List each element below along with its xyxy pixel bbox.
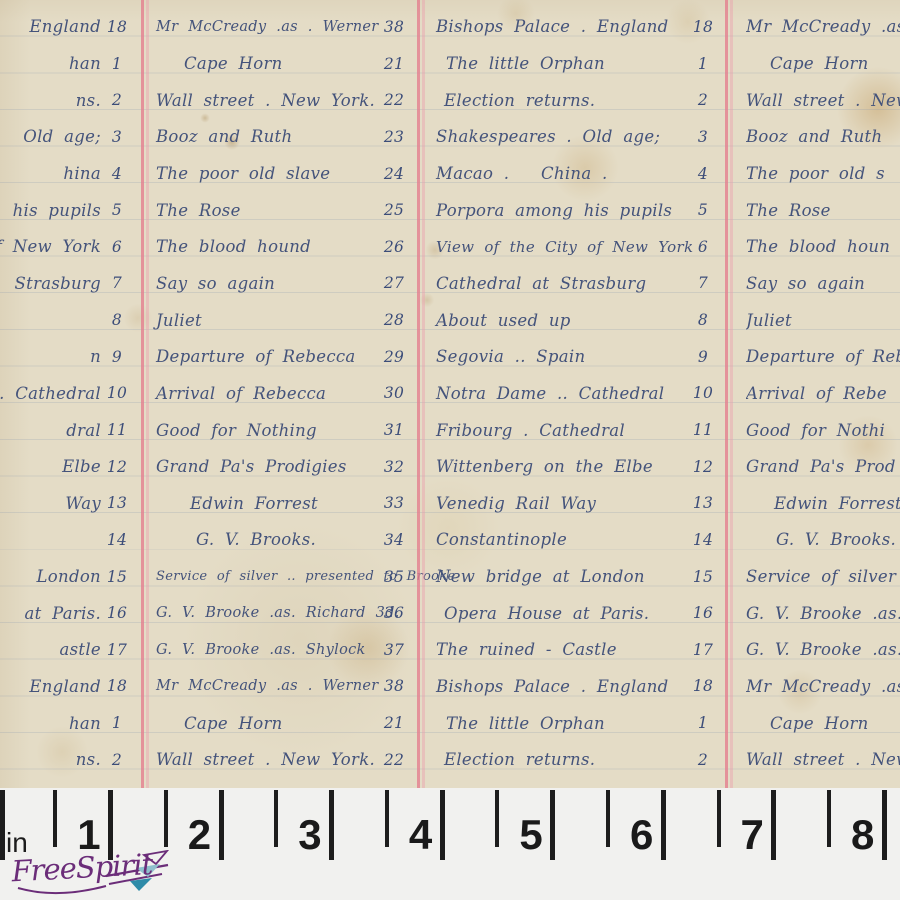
ledger-col1-title-fragment: ns. <box>0 741 101 778</box>
ledger-col4-title-fragment: Wall street . New <box>746 82 900 119</box>
ledger-col2-number: 26 <box>376 228 412 265</box>
ledger-col1-title-fragment: Way <box>0 485 101 522</box>
ledger-col3-number: 1 <box>686 45 720 82</box>
ledger-col1-title-fragment <box>0 522 101 559</box>
column-rule-line <box>141 0 144 788</box>
ledger-col3-title: Election returns. <box>436 82 696 119</box>
ledger-col3-number: 13 <box>686 485 720 522</box>
ledger-row: England18Mr McCready .as . Werner38Bisho… <box>0 668 900 705</box>
ledger-col4-title-fragment: Departure of Rebe <box>746 338 900 375</box>
ledger-col2-title: Mr McCready .as . Werner <box>156 668 380 705</box>
ledger-col3-title: Shakespeares . Old age; <box>436 119 688 156</box>
ledger-col3-title: Bishops Palace . England <box>436 668 688 705</box>
column-rule-line <box>725 0 728 788</box>
ledger-col1-number: 14 <box>101 522 133 559</box>
ledger-col1-number: 18 <box>101 9 133 46</box>
ledger-col3-number: 14 <box>686 522 720 559</box>
ledger-col2-title: Mr McCready .as . Werner <box>156 9 380 46</box>
ledger-col2-title: Departure of Rebecca <box>156 338 380 375</box>
ruler-inch-tick <box>108 790 113 860</box>
ledger-col4-title-fragment: G. V. Brooke .as. S <box>746 632 900 669</box>
ledger-col1-number: 5 <box>101 192 133 229</box>
ledger-col2-number: 28 <box>376 302 412 339</box>
ledger-col1-number: 1 <box>101 705 133 742</box>
ledger-col4-title-fragment: Booz and Ruth <box>746 119 900 156</box>
ledger-col3-title: The little Orphan <box>436 45 698 82</box>
ledger-col2-number: 21 <box>376 45 412 82</box>
ledger-col1-number: 15 <box>101 558 133 595</box>
ledger-col1-title-fragment: hina <box>0 155 101 192</box>
ledger-col3-title: Segovia .. Spain <box>436 338 688 375</box>
ledger-col2-number: 38 <box>376 668 412 705</box>
ledger-row: n9Departure of Rebecca29Segovia .. Spain… <box>0 338 900 375</box>
ruler-inch-tick <box>661 790 666 860</box>
ruler-inch-tick <box>550 790 555 860</box>
ruler-number: 4 <box>388 814 432 856</box>
ledger-col2-number: 30 <box>376 375 412 412</box>
ledger-col2-title: G. V. Brooke .as. Shylock <box>156 632 380 669</box>
ledger-col2-number: 38 <box>376 9 412 46</box>
ledger-col3-title: About used up <box>436 302 688 339</box>
ledger-col3-number: 5 <box>686 192 720 229</box>
ledger-col1-number: 3 <box>101 119 133 156</box>
ruler-number: 1 <box>57 814 101 856</box>
ledger-col3-title: Opera House at Paris. <box>436 595 696 632</box>
ruler-number: 2 <box>167 814 211 856</box>
ledger-col2-title: G. V. Brooke .as. Shylock <box>156 0 380 9</box>
ledger-col1-number: 8 <box>101 302 133 339</box>
ledger-row: ns.2Wall street . New York.22Election re… <box>0 741 900 778</box>
ledger-col1-number: 7 <box>101 265 133 302</box>
ledger-col1-number: 17 <box>101 632 133 669</box>
ledger-col1-number: 10 <box>101 375 133 412</box>
ledger-row: astle17G. V. Brooke .as. Shylock37The ru… <box>0 632 900 669</box>
ledger-col1-title-fragment: England <box>0 668 101 705</box>
ledger-col3-number: 3 <box>686 119 720 156</box>
ledger-col4-title-fragment: The Rose <box>746 192 900 229</box>
ledger-col1-title-fragment: dral <box>0 412 101 449</box>
ledger-col1-number: 1 <box>101 45 133 82</box>
ledger-col4-title-fragment: Mr McCready .as . W <box>746 9 900 46</box>
ledger-col1-number: 12 <box>101 448 133 485</box>
ledger-col3-title: View of the City of New York <box>436 228 688 265</box>
ledger-col2-title: Cape Horn <box>156 705 408 742</box>
ledger-col2-title: Cape Horn <box>156 45 408 82</box>
ledger-col1-number: 17 <box>101 0 133 9</box>
ledger-col2-title: The Rose <box>156 192 380 229</box>
ledger-col3-title: Venedig Rail Way <box>436 485 688 522</box>
ledger-col1-title-fragment: han <box>0 705 101 742</box>
ledger-col4-title-fragment: Service of silver .. presente <box>746 558 900 595</box>
ledger-col3-title: Fribourg . Cathedral <box>436 412 688 449</box>
ledger-row: his pupils5The Rose25Porpora among his p… <box>0 192 900 229</box>
ruler-inch-tick <box>440 790 445 860</box>
ledger-col2-number: 33 <box>376 485 412 522</box>
ledger-col3-number: 2 <box>686 82 720 119</box>
ledger-fabric-print: astle17G. V. Brooke .as. Shylock37The ru… <box>0 0 900 788</box>
ledger-col2-title: Grand Pa's Prodigies <box>156 448 380 485</box>
ledger-col2-title: The poor old slave <box>156 155 380 192</box>
ledger-col4-title-fragment: Good for Nothi <box>746 412 900 449</box>
ledger-col3-number: 7 <box>686 265 720 302</box>
ledger-col3-title: Porpora among his pupils <box>436 192 688 229</box>
ledger-col1-title-fragment: his pupils <box>0 192 101 229</box>
ledger-col3-number: 12 <box>686 448 720 485</box>
ledger-rows: astle17G. V. Brooke .as. Shylock37The ru… <box>0 0 900 788</box>
ledger-col2-number: 22 <box>376 82 412 119</box>
ledger-row: England18Mr McCready .as . Werner38Bisho… <box>0 9 900 46</box>
ledger-col2-number: 24 <box>376 155 412 192</box>
ledger-col2-number: 31 <box>376 412 412 449</box>
ledger-col3-number: 2 <box>686 741 720 778</box>
ledger-col1-number: 16 <box>101 595 133 632</box>
ledger-col2-number: 36 <box>376 595 412 632</box>
inch-ruler: in FreeSpirit 12345678 <box>0 788 900 900</box>
ledger-col3-title: Bishops Palace . England <box>436 9 688 46</box>
ledger-col1-title-fragment: Strasburg <box>0 265 101 302</box>
ledger-col1-number: 18 <box>101 668 133 705</box>
ledger-col1-title-fragment: astle <box>0 0 101 9</box>
ledger-col3-title: New bridge at London <box>436 558 688 595</box>
ledger-col1-title-fragment: y of New York <box>0 228 101 265</box>
ledger-col2-title: Juliet <box>156 302 380 339</box>
fabric-swatch-image: astle17G. V. Brooke .as. Shylock37The ru… <box>0 0 900 900</box>
ledger-col1-title-fragment: Elbe <box>0 448 101 485</box>
ruler-inch-tick <box>219 790 224 860</box>
ledger-col1-number: 4 <box>101 155 133 192</box>
ledger-row: ns.2Wall street . New York.22Election re… <box>0 82 900 119</box>
ledger-col1-title-fragment: England <box>0 9 101 46</box>
ledger-col1-title-fragment: ns. <box>0 82 101 119</box>
ledger-col2-number: 32 <box>376 448 412 485</box>
ledger-row: Strasburg7Say so again27Cathedral at Str… <box>0 265 900 302</box>
ledger-col3-number: 11 <box>686 412 720 449</box>
ledger-col3-title: Wittenberg on the Elbe <box>436 448 688 485</box>
ledger-col1-title-fragment: n <box>0 338 101 375</box>
ledger-col1-title-fragment: London <box>0 558 101 595</box>
ledger-col3-number: 10 <box>686 375 720 412</box>
ruler-number: 3 <box>278 814 322 856</box>
ledger-row: London15Service of silver .. presented t… <box>0 558 900 595</box>
ledger-row: .. Cathedral10Arrival of Rebecca30Notra … <box>0 375 900 412</box>
ledger-col2-title: Service of silver .. presented to Brooke <box>156 558 380 595</box>
ruler-inch-tick <box>882 790 887 860</box>
ruler-inch-tick <box>329 790 334 860</box>
ledger-col1-number: 13 <box>101 485 133 522</box>
ledger-col4-title-fragment: Juliet <box>746 302 900 339</box>
ruler-number: 5 <box>499 814 543 856</box>
ledger-col2-number: 27 <box>376 265 412 302</box>
ledger-col4-title-fragment: G. V. Brooke .as. Ric <box>746 595 900 632</box>
ruler-inch-tick <box>771 790 776 860</box>
ledger-col2-title: Booz and Ruth <box>156 119 380 156</box>
ledger-col4-title-fragment: The blood houn <box>746 228 900 265</box>
ledger-col1-number: 11 <box>101 412 133 449</box>
ledger-col2-number: 22 <box>376 741 412 778</box>
ruler-number: 6 <box>609 814 653 856</box>
ledger-col3-title: Election returns. <box>436 741 696 778</box>
ledger-col4-title-fragment: Arrival of Rebe <box>746 375 900 412</box>
ledger-col1-title-fragment <box>0 302 101 339</box>
ledger-col2-title: G. V. Brooke .as. Richard 3d. <box>156 595 380 632</box>
ledger-col2-number: 25 <box>376 192 412 229</box>
ledger-col4-title-fragment: Grand Pa's Prod <box>746 448 900 485</box>
ledger-col2-title: Say so again <box>156 265 380 302</box>
ledger-col4-title-fragment: G. V. Brooke .as. S <box>746 0 900 9</box>
ruler-inch-tick <box>0 790 5 860</box>
ledger-col3-title: The ruined - Castle <box>436 632 688 669</box>
ledger-col3-number: 1 <box>686 705 720 742</box>
ledger-col3-number: 16 <box>686 595 720 632</box>
ledger-col3-number: 15 <box>686 558 720 595</box>
ledger-col3-title: Cathedral at Strasburg <box>436 265 688 302</box>
ledger-col3-number: 18 <box>686 9 720 46</box>
ledger-row: Elbe12Grand Pa's Prodigies32Wittenberg o… <box>0 448 900 485</box>
ledger-row: han1Cape Horn21The little Orphan1Cape Ho… <box>0 705 900 742</box>
ledger-col1-title-fragment: at Paris. <box>0 595 101 632</box>
ledger-col1-number: 9 <box>101 338 133 375</box>
ruler-number: 8 <box>830 814 874 856</box>
ledger-col4-title-fragment: The poor old s <box>746 155 900 192</box>
ledger-col2-title: Wall street . New York. <box>156 82 380 119</box>
ledger-col4-title-fragment: Wall street . New <box>746 741 900 778</box>
ledger-col4-title-fragment: Say so again <box>746 265 900 302</box>
ledger-row: at Paris.16G. V. Brooke .as. Richard 3d.… <box>0 595 900 632</box>
ledger-col4-title-fragment: Cape Horn <box>746 705 900 742</box>
ledger-row: 14G. V. Brooks.34Constantinople14G. V. B… <box>0 522 900 559</box>
ledger-col3-title: The little Orphan <box>436 705 698 742</box>
ledger-col2-number: 34 <box>376 522 412 559</box>
ledger-col2-title: The blood hound <box>156 228 380 265</box>
ledger-col4-title-fragment: Cape Horn <box>746 45 900 82</box>
ledger-col3-title: Macao . China . <box>436 155 688 192</box>
ledger-col2-number: 29 <box>376 338 412 375</box>
ledger-col3-title: The ruined - Castle <box>436 0 688 9</box>
ledger-col3-number: 17 <box>686 632 720 669</box>
ledger-col3-number: 4 <box>686 155 720 192</box>
ledger-col1-title-fragment: astle <box>0 632 101 669</box>
ledger-row: han1Cape Horn21The little Orphan1Cape Ho… <box>0 45 900 82</box>
ledger-col4-title-fragment: Mr McCready .as . W <box>746 668 900 705</box>
ledger-col1-title-fragment: Old age; <box>0 119 101 156</box>
ledger-col2-number: 37 <box>376 632 412 669</box>
ledger-col2-number: 23 <box>376 119 412 156</box>
ledger-row: Old age;3Booz and Ruth23Shakespeares . O… <box>0 119 900 156</box>
ledger-col3-number: 18 <box>686 668 720 705</box>
ledger-row: astle17G. V. Brooke .as. Shylock37The ru… <box>0 0 900 9</box>
ledger-col1-number: 2 <box>101 741 133 778</box>
ledger-col3-number: 9 <box>686 338 720 375</box>
ledger-col1-number: 2 <box>101 82 133 119</box>
ruler-number: 7 <box>720 814 764 856</box>
ledger-row: dral11Good for Nothing31Fribourg . Cathe… <box>0 412 900 449</box>
ledger-row: Way13Edwin Forrest33Venedig Rail Way13Ed… <box>0 485 900 522</box>
ledger-col2-title: Arrival of Rebecca <box>156 375 380 412</box>
column-rule-line <box>417 0 420 788</box>
ledger-col2-number: 21 <box>376 705 412 742</box>
ledger-col4-title-fragment: G. V. Brooks. <box>746 522 900 559</box>
ledger-col1-number: 6 <box>101 228 133 265</box>
ledger-col4-title-fragment: Edwin Forrest <box>746 485 900 522</box>
ledger-row: hina4The poor old slave24Macao . China .… <box>0 155 900 192</box>
ledger-col3-number: 8 <box>686 302 720 339</box>
ledger-col2-title: Good for Nothing <box>156 412 380 449</box>
ledger-row: y of New York6The blood hound26View of t… <box>0 228 900 265</box>
ledger-col1-title-fragment: han <box>0 45 101 82</box>
ledger-col2-number: 37 <box>376 0 412 9</box>
ledger-col1-title-fragment: .. Cathedral <box>0 375 101 412</box>
ledger-col3-number: 17 <box>686 0 720 9</box>
ledger-row: 8Juliet28About used up8Juliet <box>0 302 900 339</box>
ledger-col3-number: 6 <box>686 228 720 265</box>
ledger-col2-title: Wall street . New York. <box>156 741 380 778</box>
ledger-col2-number: 35 <box>376 558 412 595</box>
ledger-col3-title: Constantinople <box>436 522 688 559</box>
ledger-col3-title: Notra Dame .. Cathedral <box>436 375 688 412</box>
